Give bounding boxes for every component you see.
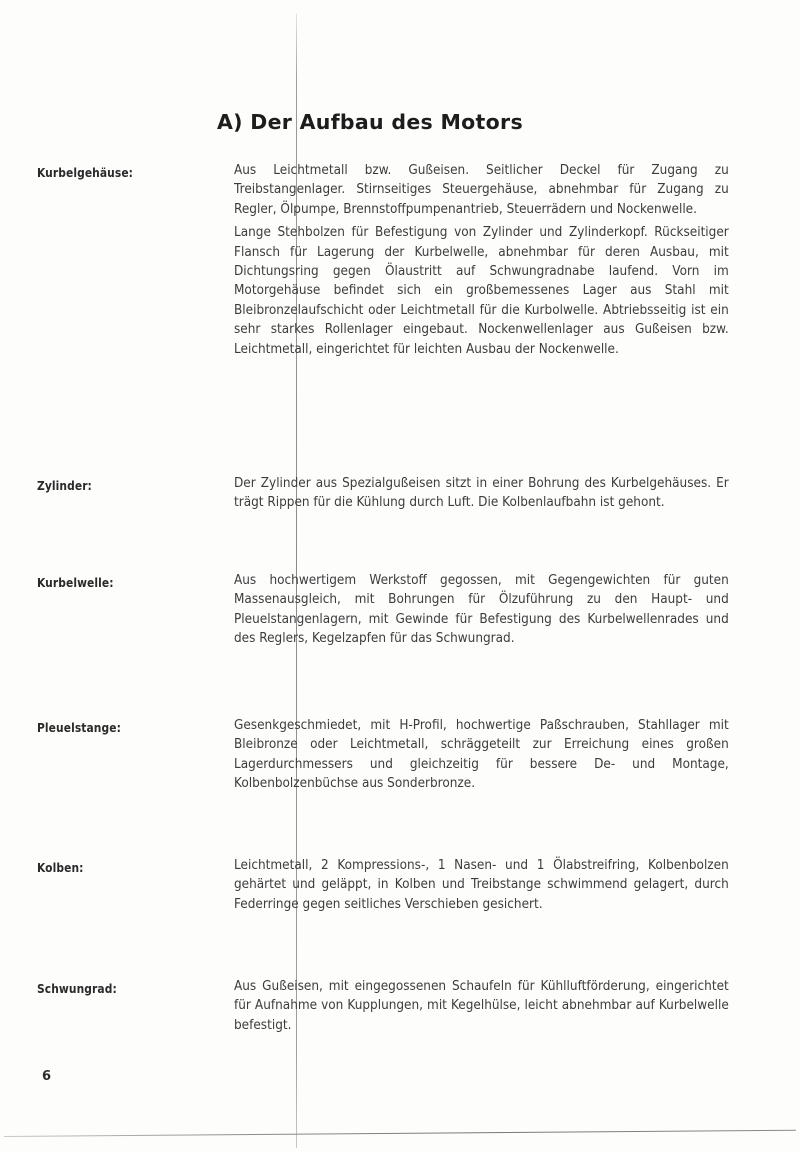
page-number: 6 [42, 1069, 51, 1084]
section-description: Aus hochwertigem Werkstoff gegossen, mit… [234, 571, 729, 649]
section-description: Aus Gußeisen, mit eingegossenen Schaufel… [234, 977, 729, 1035]
section-description: Der Zylinder aus Spezialgußeisen sitzt i… [234, 474, 729, 513]
description-paragraph: Aus Gußeisen, mit eingegossenen Schaufel… [234, 977, 729, 1035]
document-page: A) Der Aufbau des Motors Kurbelgehäuse: … [0, 0, 800, 1151]
section-term: Kolben: [37, 860, 84, 875]
description-paragraph: Aus Leichtmetall bzw. Gußeisen. Seitlich… [234, 161, 729, 219]
page-title: A) Der Aufbau des Motors [217, 110, 523, 134]
section-term: Pleuelstange: [37, 720, 121, 735]
section-description: Gesenkgeschmiedet, mit H-Profil, hochwer… [234, 716, 729, 794]
description-paragraph: Aus hochwertigem Werkstoff gegossen, mit… [234, 571, 729, 649]
section-term: Zylinder: [37, 478, 92, 493]
section-term: Kurbelwelle: [37, 575, 114, 590]
description-paragraph: Leichtmetall, 2 Kompressions-, 1 Nasen- … [234, 856, 729, 914]
description-paragraph: Gesenkgeschmiedet, mit H-Profil, hochwer… [234, 716, 729, 794]
description-paragraph: Lange Stehbolzen für Befestigung von Zyl… [234, 223, 729, 359]
section-description: Leichtmetall, 2 Kompressions-, 1 Nasen- … [234, 856, 729, 914]
section-term: Kurbelgehäuse: [37, 165, 133, 180]
page-bottom-edge-line [4, 1130, 796, 1137]
section-description: Aus Leichtmetall bzw. Gußeisen. Seitlich… [234, 161, 729, 359]
section-term: Schwungrad: [37, 981, 117, 996]
description-paragraph: Der Zylinder aus Spezialgußeisen sitzt i… [234, 474, 729, 513]
